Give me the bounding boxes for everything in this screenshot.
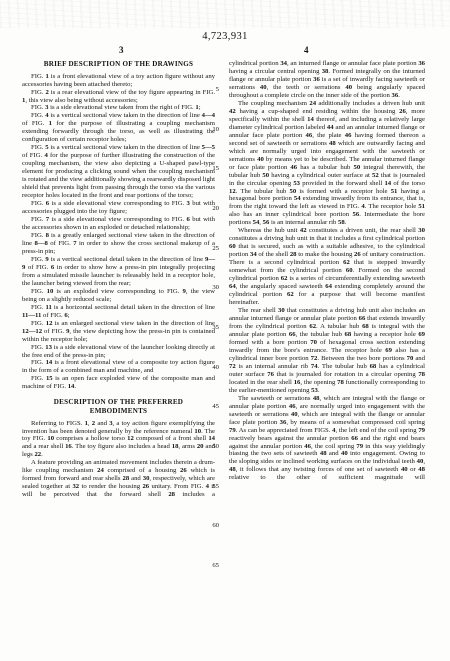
figure-description-paragraph: FIG. 15 is an open face exploded view of… xyxy=(22,375,215,391)
figure-description-paragraph: FIG. 6 is a side elevational view corres… xyxy=(22,200,215,216)
body-paragraph: The rear shell 30 that constitutes a dri… xyxy=(229,307,425,395)
figure-description-paragraph: FIG. 13 is a side elevational view of th… xyxy=(22,344,215,360)
figure-description-paragraph: FIG. 11 is a horizontal sectional detail… xyxy=(22,304,215,320)
right-column: cylindrical portion 34, an inturned flan… xyxy=(229,60,425,482)
scan-noise-band xyxy=(0,0,450,28)
body-paragraph: Referring to FIGS. 1, 2 and 3, a toy act… xyxy=(22,420,215,460)
embodiments-section-heading: DESCRIPTION OF THE PREFERRED EMBODIMENTS xyxy=(38,398,200,415)
patent-page: 4,723,931 3 4 5 10 15 20 25 30 35 40 45 … xyxy=(0,0,450,661)
figure-description-paragraph: FIG. 2 is a rear elevational view of the… xyxy=(22,89,215,105)
body-paragraph: cylindrical portion 34, an inturned flan… xyxy=(229,60,425,100)
figure-description-paragraph: FIG. 7 is a side elevational view corres… xyxy=(22,216,215,232)
figure-description-paragraph: FIG. 8 is a greatly enlarged sectional v… xyxy=(22,232,215,256)
line-number: 65 xyxy=(203,562,219,570)
left-column: BRIEF DESCRIPTION OF THE DRAWINGS FIG. 1… xyxy=(22,60,215,499)
figure-description-paragraph: FIG. 12 is an enlarged sectional view ta… xyxy=(22,320,215,344)
figure-description-paragraph: FIG. 10 is an exploded view correspondin… xyxy=(22,288,215,304)
body-paragraph: Whereas the hub unit 42 constitutes a dr… xyxy=(229,227,425,307)
line-number: 60 xyxy=(203,522,219,530)
column-number-left: 3 xyxy=(119,45,124,55)
figure-description-paragraph: FIG. 14 is a front elevational view of a… xyxy=(22,359,215,375)
column-number-right: 4 xyxy=(304,45,309,55)
body-paragraph: A feature providing an animated movement… xyxy=(22,459,215,499)
body-paragraph: The coupling mechanism 24 additionally i… xyxy=(229,100,425,228)
figure-description-paragraph: FIG. 3 is a side elevational view taken … xyxy=(22,104,215,112)
figure-description-paragraph: FIG. 5 is a vertical sectional view take… xyxy=(22,144,215,200)
patent-number: 4,723,931 xyxy=(0,31,450,42)
drawings-section-heading: BRIEF DESCRIPTION OF THE DRAWINGS xyxy=(22,60,215,69)
figure-description-paragraph: FIG. 9 is a vertical sectional detail ta… xyxy=(22,256,215,288)
figure-description-paragraph: FIG. 1 is a front elevational view of a … xyxy=(22,73,215,89)
figure-description-paragraph: FIG. 4 is a vertical sectional view take… xyxy=(22,112,215,144)
body-paragraph: The sawteeth or serrations 48, which are… xyxy=(229,395,425,483)
